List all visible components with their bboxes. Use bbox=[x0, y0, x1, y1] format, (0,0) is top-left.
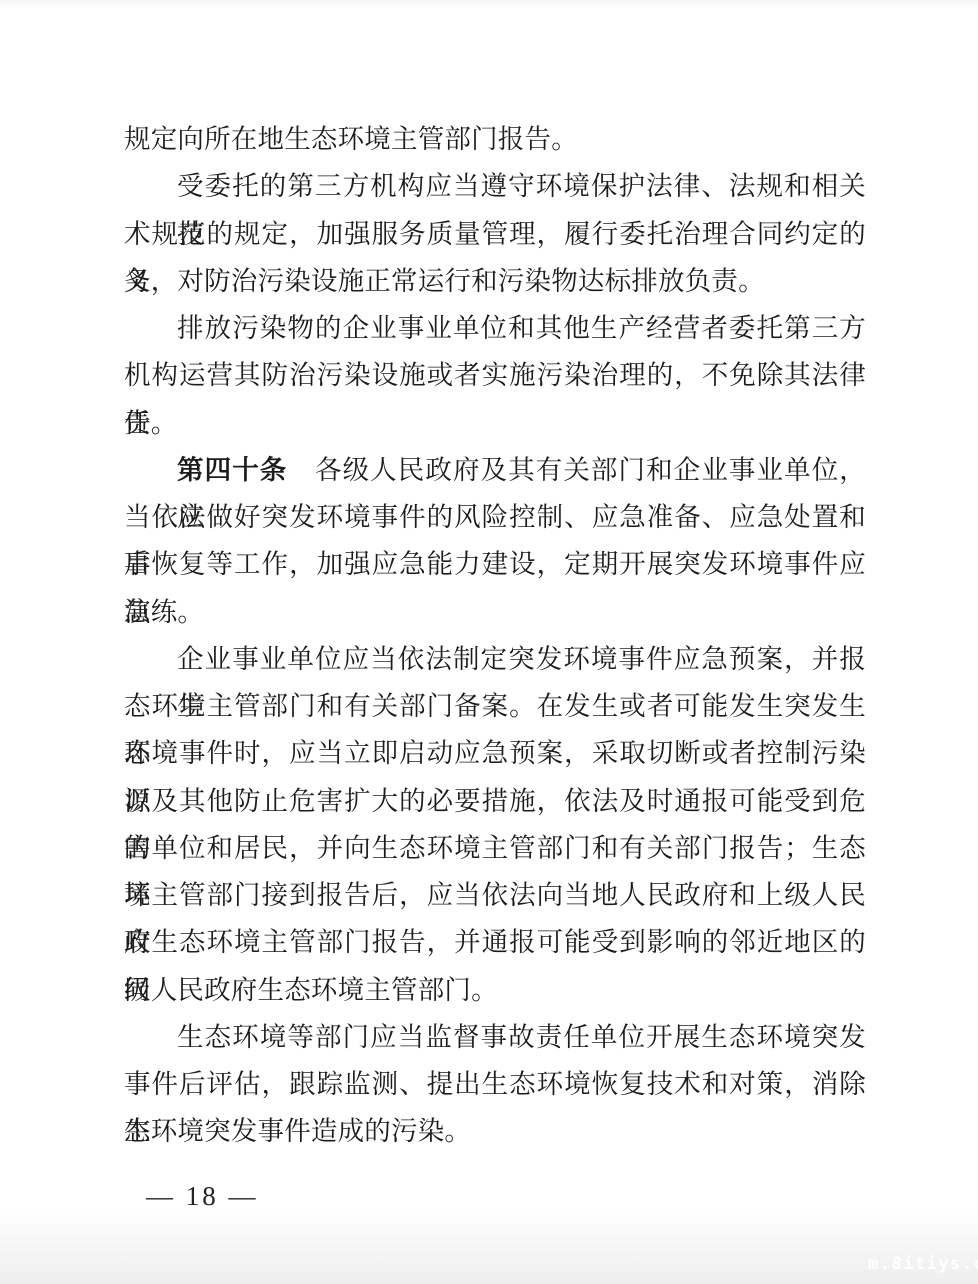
text-line: 态环境突发事件造成的污染。 bbox=[124, 1108, 866, 1155]
text-line: 机构运营其防治污染设施或者实施污染治理的，不免除其法律责 bbox=[124, 352, 866, 399]
page-number: — 18 — bbox=[146, 1180, 259, 1212]
text-line: 府生态环境主管部门报告，并通报可能受到影响的邻近地区的同 bbox=[124, 919, 866, 966]
text-line: 后恢复等工作，加强应急能力建设，定期开展突发环境事件应急 bbox=[124, 541, 866, 588]
text-line: 规定向所在地生态环境主管部门报告。 bbox=[124, 116, 866, 163]
document-page: 规定向所在地生态环境主管部门报告。受委托的第三方机构应当遵守环境保护法律、法规和… bbox=[0, 0, 978, 1284]
text-line: 第四十条 各级人民政府及其有关部门和企业事业单位，应 bbox=[124, 447, 866, 494]
text-line: 境主管部门接到报告后，应当依法向当地人民政府和上级人民政 bbox=[124, 872, 866, 919]
line-text: 规定向所在地生态环境主管部门报告。 bbox=[124, 124, 578, 154]
line-text: 排放污染物的企业事业单位和其他生产经营者委托第三方 bbox=[177, 313, 866, 343]
watermark: m.8itiys.com bbox=[868, 1254, 978, 1274]
page-bottom-shade bbox=[0, 1206, 978, 1284]
article-number: 第四十条 bbox=[177, 455, 287, 485]
document-body: 规定向所在地生态环境主管部门报告。受委托的第三方机构应当遵守环境保护法律、法规和… bbox=[124, 116, 866, 1156]
page-top-shade bbox=[0, 0, 978, 10]
line-text: 任。 bbox=[124, 408, 177, 438]
line-text: 态环境突发事件造成的污染。 bbox=[124, 1116, 471, 1146]
text-line: 受委托的第三方机构应当遵守环境保护法律、法规和相关技 bbox=[124, 163, 866, 210]
text-line: 术规范的规定，加强服务质量管理，履行委托治理合同约定的义 bbox=[124, 211, 866, 258]
text-line: 企业事业单位应当依法制定突发环境事件应急预案，并报生 bbox=[124, 636, 866, 683]
text-line: 以及其他防止危害扩大的必要措施，依法及时通报可能受到危害 bbox=[124, 778, 866, 825]
text-line: 任。 bbox=[124, 400, 866, 447]
text-line: 生态环境等部门应当监督事故责任单位开展生态环境突发 bbox=[124, 1014, 866, 1061]
text-line: 务，对防治污染设施正常运行和污染物达标排放负责。 bbox=[124, 258, 866, 305]
line-text: 级人民政府生态环境主管部门。 bbox=[124, 975, 498, 1005]
text-line: 演练。 bbox=[124, 589, 866, 636]
text-line: 级人民政府生态环境主管部门。 bbox=[124, 967, 866, 1014]
text-line: 环境事件时，应当立即启动应急预案，采取切断或者控制污染源 bbox=[124, 730, 866, 777]
text-line: 排放污染物的企业事业单位和其他生产经营者委托第三方 bbox=[124, 305, 866, 352]
line-text: 生态环境等部门应当监督事故责任单位开展生态环境突发 bbox=[177, 1022, 866, 1052]
line-text: 演练。 bbox=[124, 597, 204, 627]
text-line: 态环境主管部门和有关部门备案。在发生或者可能发生突发生态 bbox=[124, 683, 866, 730]
text-line: 当依法做好突发环境事件的风险控制、应急准备、应急处置和事 bbox=[124, 494, 866, 541]
text-line: 的单位和居民，并向生态环境主管部门和有关部门报告；生态环 bbox=[124, 825, 866, 872]
text-line: 事件后评估，跟踪监测、提出生态环境恢复技术和对策，消除生 bbox=[124, 1061, 866, 1108]
line-text: 务，对防治污染设施正常运行和污染物达标排放负责。 bbox=[124, 266, 765, 296]
